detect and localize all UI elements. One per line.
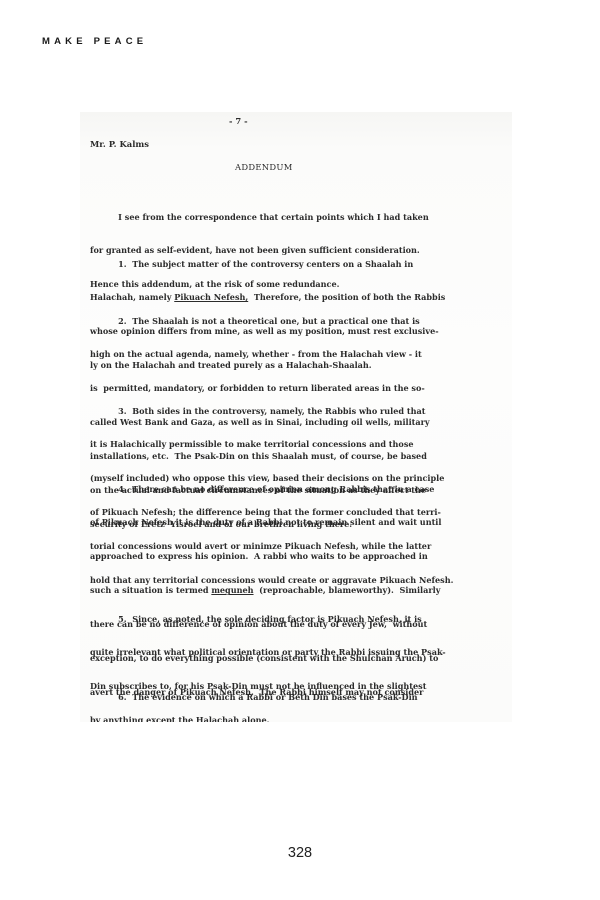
text-line: 6. The evidence on which a Rabbi or Beth…	[90, 692, 510, 703]
text-line: it is Halachically permissible to make t…	[90, 439, 510, 450]
text-line: 2. The Shaalah is not a theoretical one,…	[90, 316, 510, 327]
text-line: approached to express his opinion. A rab…	[90, 551, 510, 562]
scanned-letter-page: - 7 - Mr. P. Kalms ADDENDUM I see from t…	[80, 112, 512, 722]
text-line: 5. Since, as noted, the sole deciding fa…	[90, 614, 510, 625]
text-line: 4. There can be no difference of opinion…	[90, 484, 510, 495]
letter-title: ADDENDUM	[235, 162, 293, 173]
text-line: quite irrelevant what political orientat…	[90, 647, 510, 658]
text-line: 3. Both sides in the controversy, namely…	[90, 406, 510, 417]
text-line: 1. The subject matter of the controversy…	[90, 259, 510, 270]
letter-folio: - 7 -	[229, 116, 248, 127]
text-line: I see from the correspondence that certa…	[90, 212, 510, 223]
text-line: high on the actual agenda, namely, wheth…	[90, 349, 510, 360]
paragraph-6: 6. The evidence on which a Rabbi or Beth…	[90, 669, 510, 722]
page-number: 328	[0, 845, 600, 861]
letter-recipient: Mr. P. Kalms	[90, 139, 149, 150]
text-line: of Pikuach Nefesh it is the duty of a Ra…	[90, 517, 510, 528]
running-head: MAKE PEACE	[42, 36, 147, 47]
